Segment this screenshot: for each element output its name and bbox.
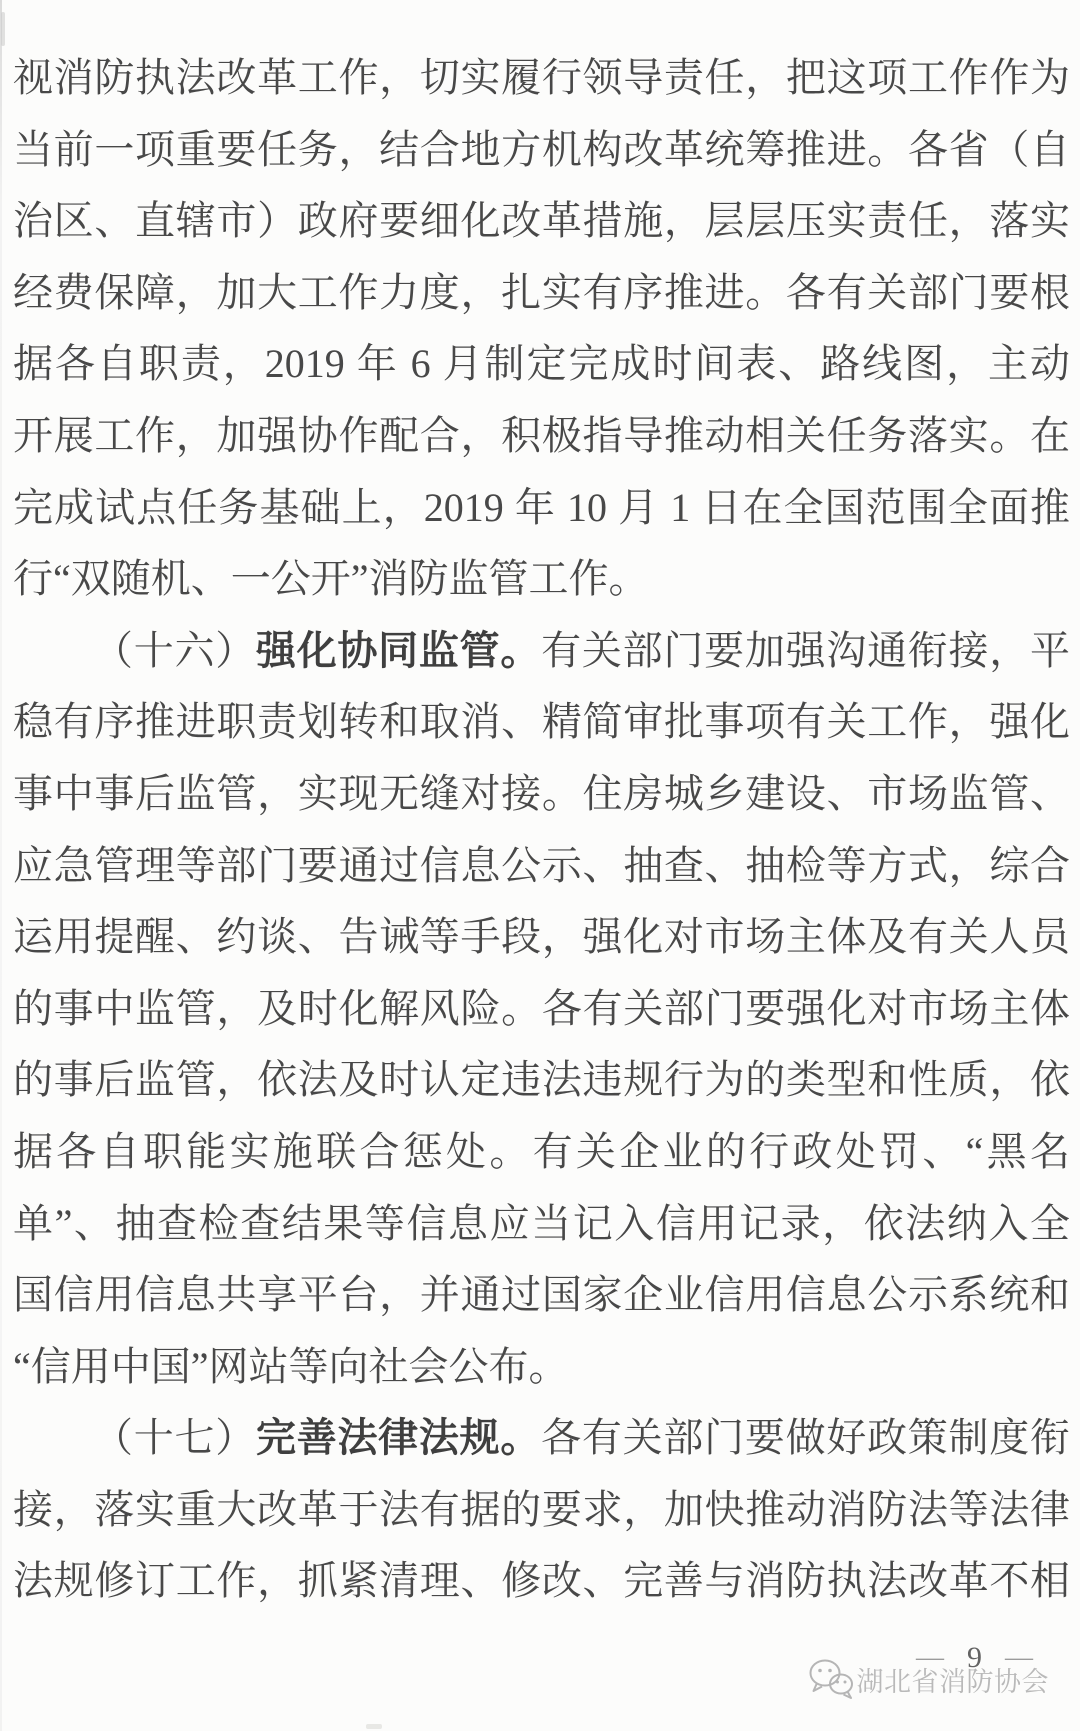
- text-line: 事中事后监管，实现无缝对接。住房城乡建设、市场监管、: [13, 758, 1070, 830]
- text-line: 完成试点任务基础上，2019 年 10 月 1 日在全国范围全面推: [13, 472, 1070, 544]
- body-text: 的事中监管，及时化解风险。各有关部门要强化对市场主体: [13, 986, 1070, 1031]
- text-line: 经费保障，加大工作力度，扎实有序推进。各有关部门要根: [13, 257, 1070, 329]
- text-line: 接，落实重大改革于法有据的要求，加快推动消防法等法律: [13, 1474, 1070, 1546]
- body-text: 视消防执法改革工作，切实履行领导责任，把这项工作作为: [13, 55, 1070, 100]
- watermark-label: 湖北省消防协会: [857, 1660, 1050, 1699]
- text-line: 治区、直辖市）政府要细化改革措施，层层压实责任，落实: [13, 185, 1070, 257]
- section-title: 强化协同监管。: [256, 629, 541, 673]
- body-text: 国信用信息共享平台，并通过国家企业信用信息公示系统和: [13, 1272, 1070, 1317]
- body-text: 据各自职能实施联合惩处。有关企业的行政处罚、“黑名: [13, 1129, 1070, 1174]
- body-text: 行“双随机、一公开”消防监管工作。: [13, 556, 649, 601]
- wechat-icon: [808, 1658, 854, 1700]
- body-text: 开展工作，加强协作配合，积极指导推动相关任务落实。在: [13, 413, 1070, 458]
- text-line: 稳有序推进职责划转和取消、精简审批事项有关工作，强化: [13, 686, 1070, 758]
- text-line: 视消防执法改革工作，切实履行领导责任，把这项工作作为: [13, 42, 1070, 114]
- text-line: “信用中国”网站等向社会公布。: [13, 1331, 1070, 1403]
- text-line: 法规修订工作，抓紧清理、修改、完善与消防执法改革不相: [13, 1545, 1070, 1617]
- body-text: 当前一项重要任务，结合地方机构改革统筹推进。各省（自: [13, 127, 1070, 172]
- body-text: （十六）: [93, 628, 256, 673]
- body-text: 有关部门要加强沟通衔接，平: [541, 628, 1070, 673]
- text-line: 的事后监管，依法及时认定违法违规行为的类型和性质，依: [13, 1044, 1070, 1116]
- body-text: 完成试点任务基础上，2019 年 10 月 1 日在全国范围全面推: [13, 485, 1070, 530]
- text-line: 单”、抽查检查结果等信息应当记入信用记录，依法纳入全: [13, 1188, 1070, 1260]
- watermark: 湖北省消防协会: [808, 1658, 1050, 1700]
- text-line: 据各自职责，2019 年 6 月制定完成时间表、路线图，主动: [13, 328, 1070, 400]
- text-line: （十六）强化协同监管。有关部门要加强沟通衔接，平: [13, 615, 1070, 687]
- text-line: 当前一项重要任务，结合地方机构改革统筹推进。各省（自: [13, 114, 1070, 186]
- scan-speck-artifact: [1, 12, 5, 46]
- body-text: “信用中国”网站等向社会公布。: [13, 1344, 569, 1389]
- body-text: 稳有序推进职责划转和取消、精简审批事项有关工作，强化: [13, 699, 1070, 744]
- body-text: 事中事后监管，实现无缝对接。住房城乡建设、市场监管、: [13, 771, 1070, 816]
- scanned-document-page: 视消防执法改革工作，切实履行领导责任，把这项工作作为当前一项重要任务，结合地方机…: [0, 0, 1080, 1731]
- text-line: 应急管理等部门要通过信息公示、抽查、抽检等方式，综合: [13, 830, 1070, 902]
- scan-edge-artifact: [0, 0, 2, 1731]
- body-text: 的事后监管，依法及时认定违法违规行为的类型和性质，依: [13, 1057, 1070, 1102]
- body-text: 法规修订工作，抓紧清理、修改、完善与消防执法改革不相: [13, 1558, 1070, 1603]
- body-text: 治区、直辖市）政府要细化改革措施，层层压实责任，落实: [13, 198, 1070, 243]
- body-text: 经费保障，加大工作力度，扎实有序推进。各有关部门要根: [13, 270, 1070, 315]
- body-text: （十七）: [93, 1415, 256, 1460]
- text-line: 开展工作，加强协作配合，积极指导推动相关任务落实。在: [13, 400, 1070, 472]
- text-line: 的事中监管，及时化解风险。各有关部门要强化对市场主体: [13, 973, 1070, 1045]
- body-text: 据各自职责，2019 年 6 月制定完成时间表、路线图，主动: [13, 341, 1070, 386]
- body-text: 运用提醒、约谈、告诫等手段，强化对市场主体及有关人员: [13, 914, 1070, 959]
- body-text: 各有关部门要做好政策制度衔: [541, 1415, 1070, 1460]
- document-body: 视消防执法改革工作，切实履行领导责任，把这项工作作为当前一项重要任务，结合地方机…: [13, 42, 1070, 1617]
- text-line: 运用提醒、约谈、告诫等手段，强化对市场主体及有关人员: [13, 901, 1070, 973]
- text-line: （十七）完善法律法规。各有关部门要做好政策制度衔: [13, 1402, 1070, 1474]
- text-line: 国信用信息共享平台，并通过国家企业信用信息公示系统和: [13, 1259, 1070, 1331]
- text-line: 据各自职能实施联合惩处。有关企业的行政处罚、“黑名: [13, 1116, 1070, 1188]
- text-line: 行“双随机、一公开”消防监管工作。: [13, 543, 1070, 615]
- section-title: 完善法律法规。: [256, 1416, 541, 1460]
- body-text: 接，落实重大改革于法有据的要求，加快推动消防法等法律: [13, 1487, 1070, 1532]
- scan-smudge-artifact: [366, 1724, 382, 1729]
- body-text: 单”、抽查检查结果等信息应当记入信用记录，依法纳入全: [13, 1201, 1070, 1246]
- body-text: 应急管理等部门要通过信息公示、抽查、抽检等方式，综合: [13, 843, 1070, 888]
